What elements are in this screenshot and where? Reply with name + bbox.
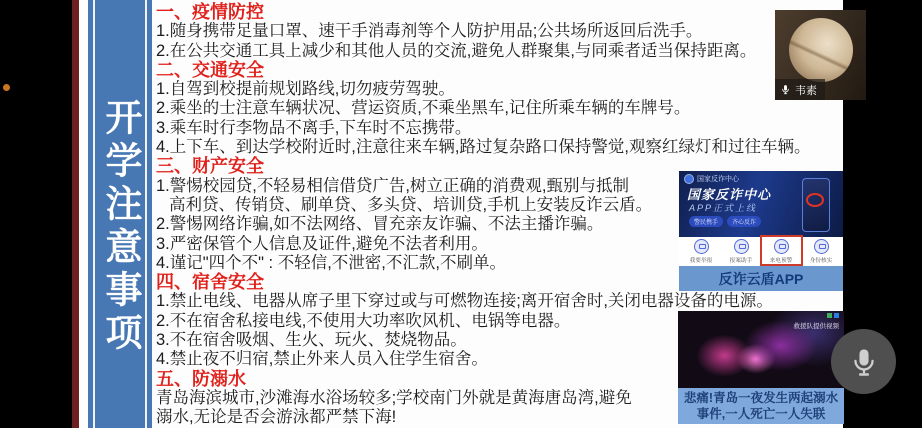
poster-header-text: 国家反诈中心 [697, 174, 739, 184]
poster-feature-row: 我要举报 报案助手 来电预警 身份核实 [679, 237, 843, 265]
anti-fraud-poster: 国家反诈中心 国家反诈中心 APP正式上线 警民携手 齐心反诈 我要举报 报案助… [679, 171, 843, 291]
slide-text-line: 3.乘车时行李物品不离手,下车时不忘携带。 [156, 119, 848, 138]
slide-title: 开学注意事项 [93, 98, 147, 356]
microphone-button[interactable] [831, 329, 896, 394]
news-caption-line: 悲痛!青岛一夜发生两起溺水 [684, 390, 838, 406]
microphone-icon [848, 346, 880, 378]
slide-text-line: 4.上下车、到达学校附近时,注意往来车辆,路过复杂路口保持警觉,观察红绿灯和过往… [156, 138, 848, 157]
news-watermark: 救援队提供视频 [794, 321, 840, 330]
tv-logo-icon [834, 313, 839, 318]
poster-subtitle: APP正式上线 [689, 201, 757, 214]
slide-text-line: 2.在公共交通工具上减少和其他人员的交流,避免人群聚集,与同乘者适当保持距离。 [156, 42, 848, 61]
tv-logo-icons [827, 313, 839, 318]
news-caption: 悲痛!青岛一夜发生两起溺水 事件,一人死亡一人失联 [678, 388, 844, 424]
shield-icon [684, 174, 694, 184]
poster-feature: 身份核实 [803, 239, 840, 264]
poster-feature-highlighted: 来电预警 [763, 239, 800, 264]
poster-caption: 反诈云盾APP [679, 266, 843, 291]
participant-avatar [789, 18, 853, 82]
news-image: 救援队提供视频 悲痛!青岛一夜发生两起溺水 事件,一人死亡一人失联 [678, 311, 844, 424]
poster-feature: 我要举报 [683, 239, 720, 264]
slide-title-banner: 开学注意事项 [88, 0, 152, 428]
slide-text-line: 1.自驾到校提前规划路线,切勿疲劳驾驶。 [156, 80, 848, 99]
section-heading-traffic: 二、交通安全 [156, 61, 848, 80]
annotation-dot [3, 84, 10, 91]
participant-name-bar: 韦素 [775, 79, 825, 100]
slide-edge-strip [72, 0, 79, 428]
participant-name: 韦素 [795, 82, 817, 98]
poster-slogans: 警民携手 齐心反诈 [689, 216, 761, 227]
shared-slide: 开学注意事项 一、疫情防控 1.随身携带足量口罩、速干手消毒剂等个人防护用品;公… [72, 0, 843, 428]
participant-video[interactable]: 韦素 [775, 10, 866, 100]
poster-feature: 报案助手 [723, 239, 760, 264]
poster-artwork: 国家反诈中心 国家反诈中心 APP正式上线 警民携手 齐心反诈 [679, 171, 843, 237]
red-circle-highlight [806, 193, 824, 207]
news-caption-line: 事件,一人死亡一人失联 [697, 406, 825, 422]
slogan-pill: 齐心反诈 [727, 216, 761, 227]
report-icon [694, 239, 709, 254]
section-heading-epidemic: 一、疫情防控 [156, 3, 848, 22]
slogan-pill: 警民携手 [689, 216, 723, 227]
poster-header: 国家反诈中心 [684, 174, 739, 184]
assistant-icon [734, 239, 749, 254]
news-photo: 救援队提供视频 [678, 311, 844, 388]
slide-text-line: 1.随身携带足量口罩、速干手消毒剂等个人防护用品;公共场所返回后洗手。 [156, 22, 848, 41]
slide-text-line: 2.乘坐的士注意车辆状况、营运资质,不乘坐黑车,记住所乘车辆的车牌号。 [156, 99, 848, 118]
microphone-icon [780, 84, 791, 95]
call-warning-icon [774, 239, 789, 254]
slide-text-line: 1.禁止电线、电器从席子里下穿过或与可燃物连接;离开宿舍时,关闭电器设备的电源。 [156, 292, 848, 311]
tv-logo-icon [827, 313, 832, 318]
identity-check-icon [814, 239, 829, 254]
